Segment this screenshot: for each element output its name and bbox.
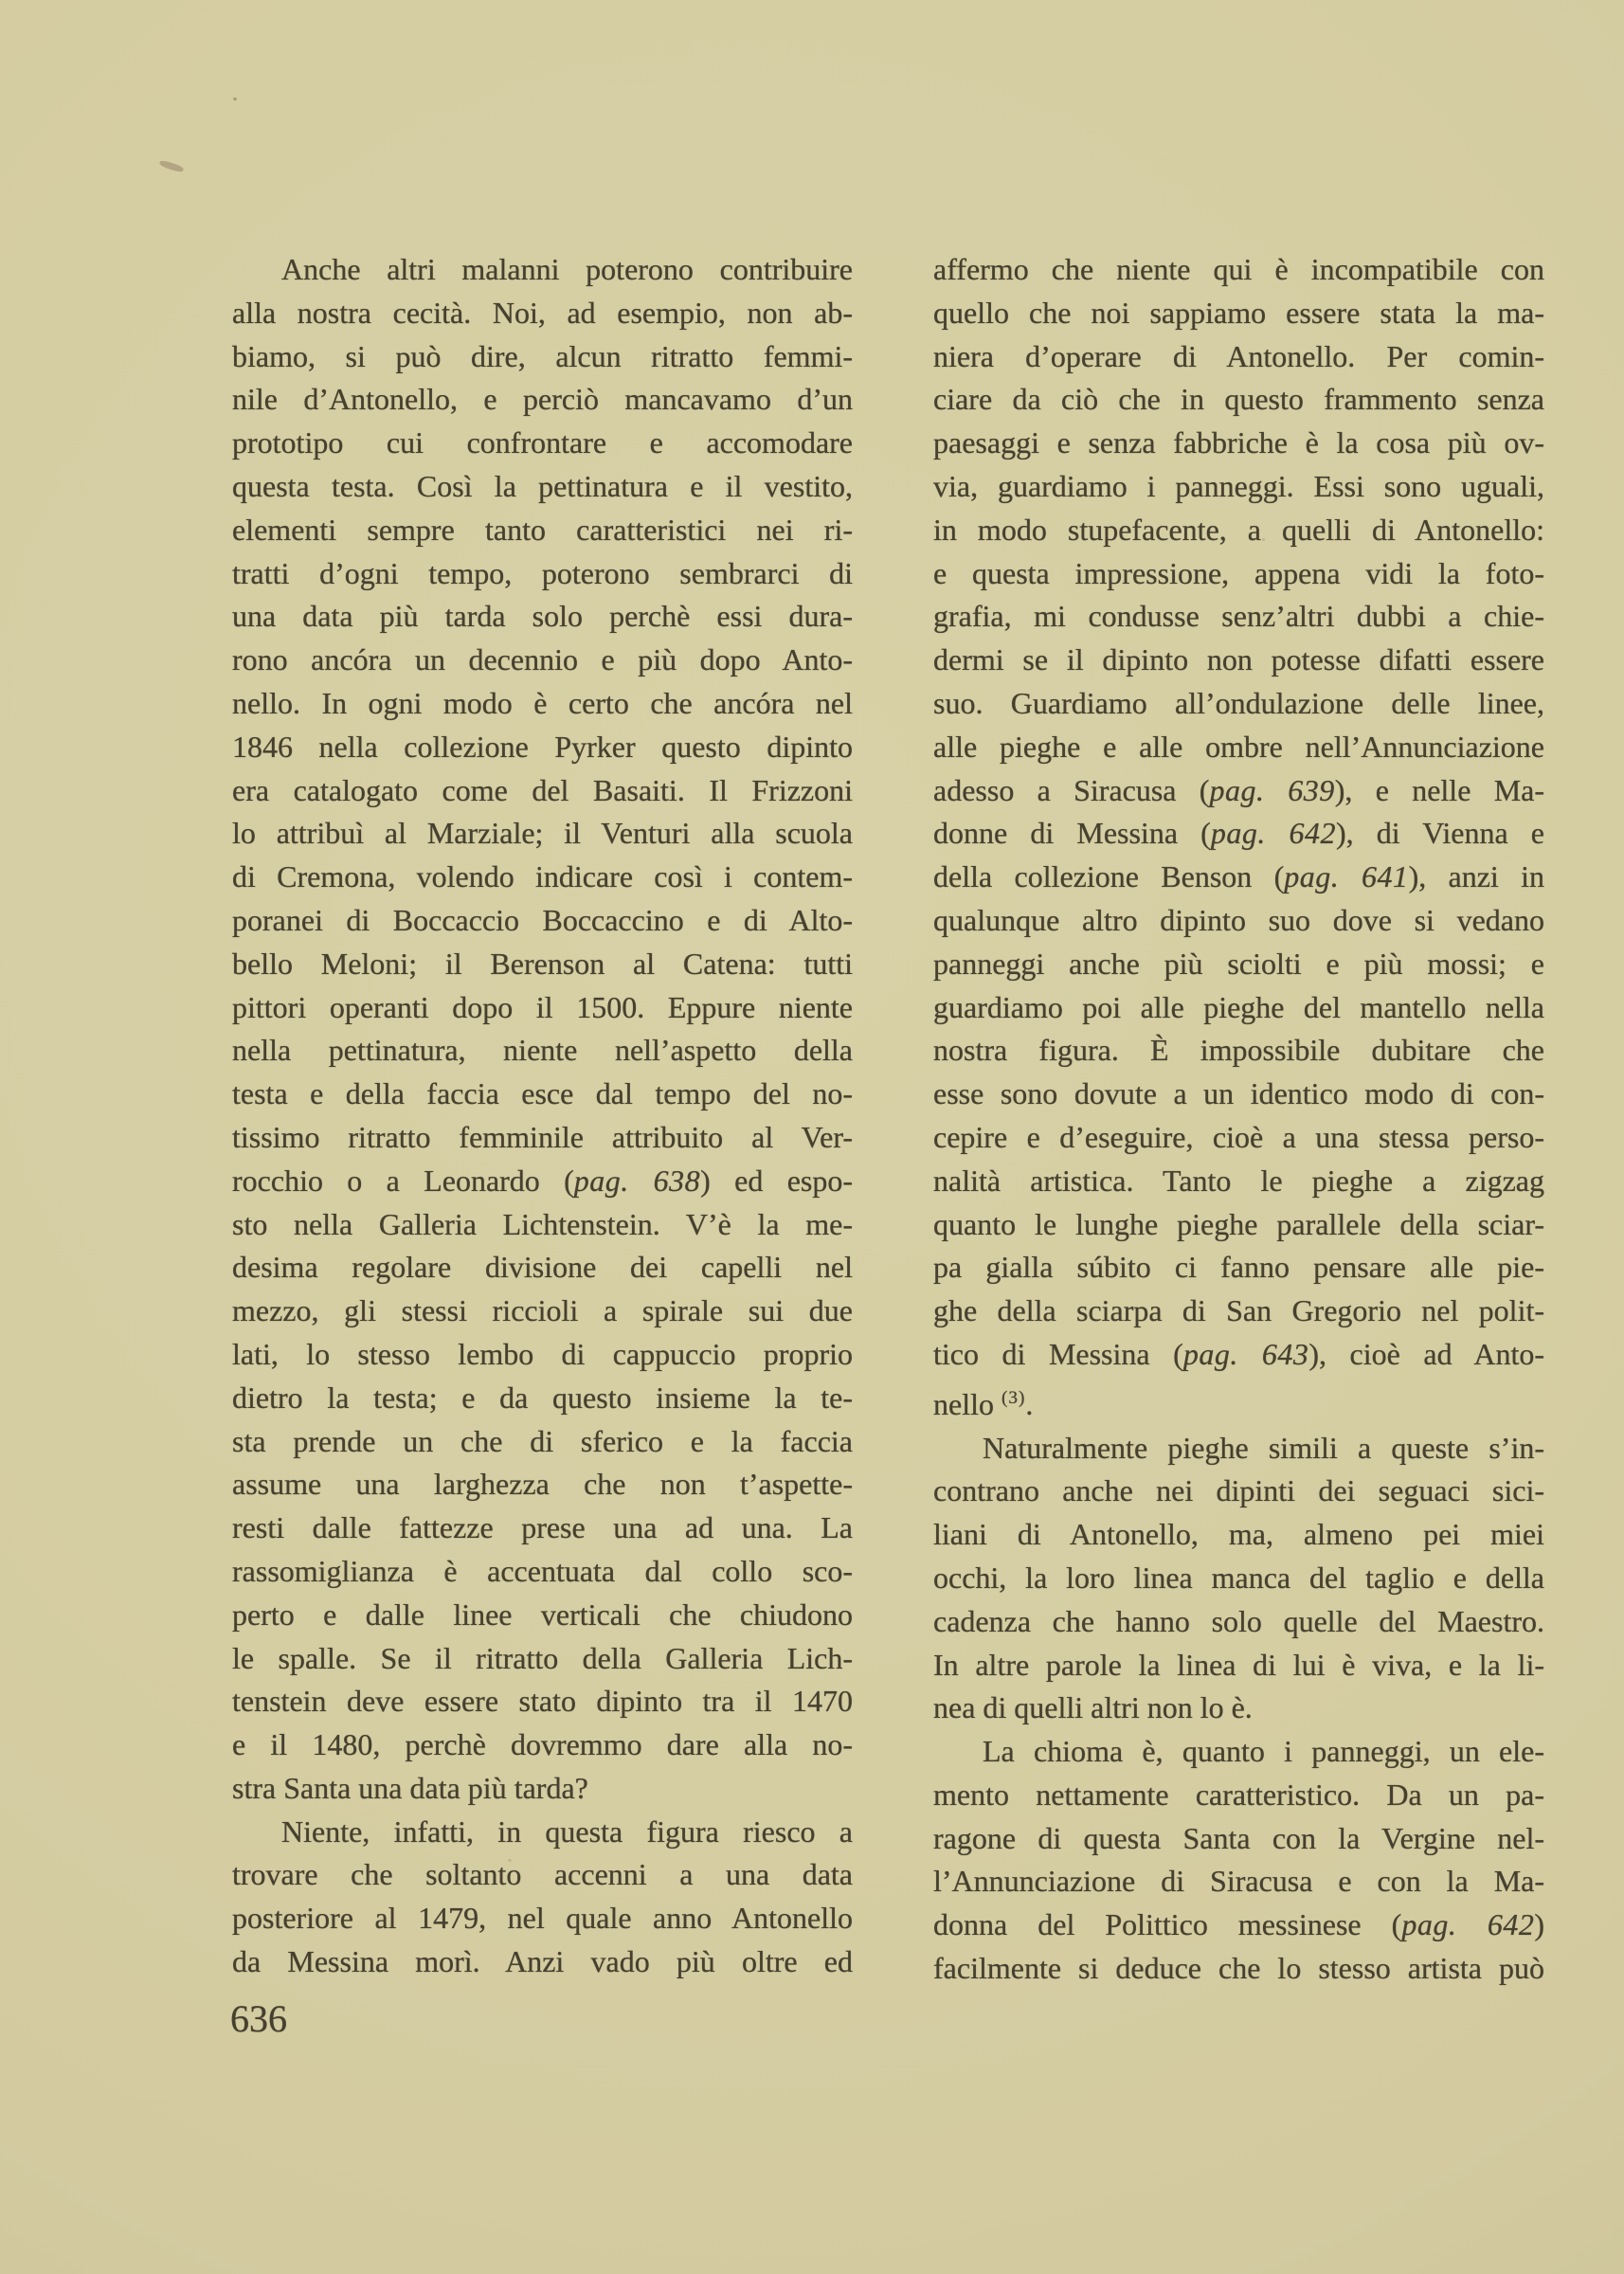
text-line: Naturalmente pieghe simili a queste s’in… <box>933 1427 1544 1471</box>
text-line: rono ancóra un decennio e più dopo Anto- <box>232 639 853 682</box>
text-line: sto nella Galleria Lichtenstein. V’è la … <box>232 1203 853 1247</box>
text-line: nostra figura. È impossibile dubitare ch… <box>933 1029 1544 1073</box>
text-line: ghe della sciarpa di San Gregorio nel po… <box>933 1290 1544 1333</box>
text-line: mento nettamente caratteristico. Da un p… <box>933 1774 1544 1817</box>
text-line: Niente, infatti, in questa figura riesco… <box>232 1811 853 1854</box>
text-line: di Cremona, volendo indicare così i cont… <box>232 856 853 899</box>
text-line: nello (3). <box>933 1377 1544 1427</box>
text-line: via, guardiamo i panneggi. Essi sono ugu… <box>933 465 1544 509</box>
text-line: le spalle. Se il ritratto della Galleria… <box>232 1637 853 1681</box>
text-line: stra Santa una data più tarda? <box>232 1767 853 1811</box>
text-line: bello Meloni; il Berenson al Catena: tut… <box>232 943 853 986</box>
text-line: quello che noi sappiamo essere stata la … <box>933 292 1544 335</box>
text-line: in modo stupefacente, a quelli di Antone… <box>933 509 1544 552</box>
text-line: assume una larghezza che non t’aspette- <box>232 1463 853 1507</box>
text-line: liani di Antonello, ma, almeno pei miei <box>933 1513 1544 1557</box>
right-column: affermo che niente qui è incompatibile c… <box>933 248 1544 1991</box>
text-line: tratti d’ogni tempo, poterono sembrarci … <box>232 552 853 596</box>
book-page: Anche altri malanni poterono contribuire… <box>0 0 1624 2274</box>
text-line: era catalogato come del Basaiti. Il Friz… <box>232 769 853 813</box>
text-line: ciare da ciò che in questo frammento sen… <box>933 378 1544 422</box>
text-line: occhi, la loro linea manca del taglio e … <box>933 1557 1544 1600</box>
text-line: sta prende un che di sferico e la faccia <box>232 1420 853 1464</box>
text-line: adesso a Siracusa (pag. 639), e nelle Ma… <box>933 769 1544 813</box>
text-line: qualunque altro dipinto suo dove si veda… <box>933 899 1544 943</box>
text-line: lati, lo stesso lembo di cappuccio propr… <box>232 1333 853 1377</box>
text-line: rocchio o a Leonardo (pag. 638) ed espo- <box>232 1160 853 1203</box>
text-line: alla nostra cecità. Noi, ad esempio, non… <box>232 292 853 335</box>
text-line: cadenza che hanno solo quelle del Maestr… <box>933 1600 1544 1644</box>
text-line: e questa impressione, appena vidi la fot… <box>933 552 1544 596</box>
text-line: dermi se il dipinto non potesse difatti … <box>933 639 1544 682</box>
text-line: facilmente si deduce che lo stesso artis… <box>933 1947 1544 1991</box>
text-line: testa e della faccia esce dal tempo del … <box>232 1073 853 1116</box>
text-line: tico di Messina (pag. 643), cioè ad Anto… <box>933 1333 1544 1377</box>
text-line: nalità artistica. Tanto le pieghe a zigz… <box>933 1160 1544 1203</box>
text-line: tenstein deve essere stato dipinto tra i… <box>232 1680 853 1724</box>
text-line: dietro la testa; e da questo insieme la … <box>232 1377 853 1420</box>
text-line: In altre parole la linea di lui è viva, … <box>933 1644 1544 1687</box>
text-line: e il 1480, perchè dovremmo dare alla no- <box>232 1724 853 1767</box>
text-line: donne di Messina (pag. 642), di Vienna e <box>933 812 1544 856</box>
text-line: l’Annunciazione di Siracusa e con la Ma- <box>933 1860 1544 1904</box>
text-line: panneggi anche più sciolti e più mossi; … <box>933 943 1544 986</box>
page-number: 636 <box>230 1997 287 2041</box>
paper-speck <box>159 159 185 173</box>
text-line: desima regolare divisione dei capelli ne… <box>232 1246 853 1290</box>
text-line: della collezione Benson (pag. 641), anzi… <box>933 856 1544 899</box>
text-line: esse sono dovute a un identico modo di c… <box>933 1073 1544 1116</box>
text-line: cepire e d’eseguire, cioè a una stessa p… <box>933 1116 1544 1160</box>
text-line: ragone di questa Santa con la Vergine ne… <box>933 1817 1544 1861</box>
text-line: nello. In ogni modo è certo che ancóra n… <box>232 682 853 726</box>
text-line: quanto le lunghe pieghe parallele della … <box>933 1203 1544 1247</box>
left-column: Anche altri malanni poterono contribuire… <box>232 248 853 1984</box>
text-line: elementi sempre tanto caratteristici nei… <box>232 509 853 552</box>
text-line: grafia, mi condusse senz’altri dubbi a c… <box>933 595 1544 639</box>
text-line: suo. Guardiamo all’ondulazione delle lin… <box>933 682 1544 726</box>
text-line: niera d’operare di Antonello. Per comin- <box>933 335 1544 379</box>
text-line: poranei di Boccaccio Boccaccino e di Alt… <box>232 899 853 943</box>
text-line: La chioma è, quanto i panneggi, un ele- <box>933 1730 1544 1774</box>
text-line: paesaggi e senza fabbriche è la cosa più… <box>933 422 1544 465</box>
text-line: guardiamo poi alle pieghe del mantello n… <box>933 986 1544 1030</box>
text-line: rassomiglianza è accentuata dal collo sc… <box>232 1550 853 1594</box>
text-line: pa gialla súbito ci fanno pensare alle p… <box>933 1246 1544 1290</box>
text-line: trovare che soltanto accenni a una data <box>232 1853 853 1897</box>
text-line: Anche altri malanni poterono contribuire <box>232 248 853 292</box>
text-line: alle pieghe e alle ombre nell’Annunciazi… <box>933 726 1544 769</box>
text-line: nella pettinatura, niente nell’aspetto d… <box>232 1029 853 1073</box>
text-line: contrano anche nei dipinti dei seguaci s… <box>933 1470 1544 1513</box>
text-line: perto e dalle linee verticali che chiudo… <box>232 1594 853 1637</box>
paper-speck <box>233 98 237 100</box>
text-line: 1846 nella collezione Pyrker questo dipi… <box>232 726 853 769</box>
text-line: prototipo cui confrontare e accomodare <box>232 422 853 465</box>
text-line: nea di quelli altri non lo è. <box>933 1687 1544 1730</box>
text-line: affermo che niente qui è incompatibile c… <box>933 248 1544 292</box>
text-line: resti dalle fattezze prese una ad una. L… <box>232 1507 853 1550</box>
text-line: lo attribuì al Marziale; il Venturi alla… <box>232 812 853 856</box>
text-line: una data più tarda solo perchè essi dura… <box>232 595 853 639</box>
text-line: nile d’Antonello, e perciò mancavamo d’u… <box>232 378 853 422</box>
text-line: pittori operanti dopo il 1500. Eppure ni… <box>232 986 853 1030</box>
text-line: biamo, si può dire, alcun ritratto femmi… <box>232 335 853 379</box>
text-line: mezzo, gli stessi riccioli a spirale sui… <box>232 1290 853 1333</box>
text-line: questa testa. Così la pettinatura e il v… <box>232 465 853 509</box>
text-line: tissimo ritratto femminile attribuito al… <box>232 1116 853 1160</box>
text-line: da Messina morì. Anzi vado più oltre ed <box>232 1940 853 1984</box>
text-line: donna del Polittico messinese (pag. 642) <box>933 1904 1544 1947</box>
text-line: posteriore al 1479, nel quale anno Anton… <box>232 1897 853 1940</box>
